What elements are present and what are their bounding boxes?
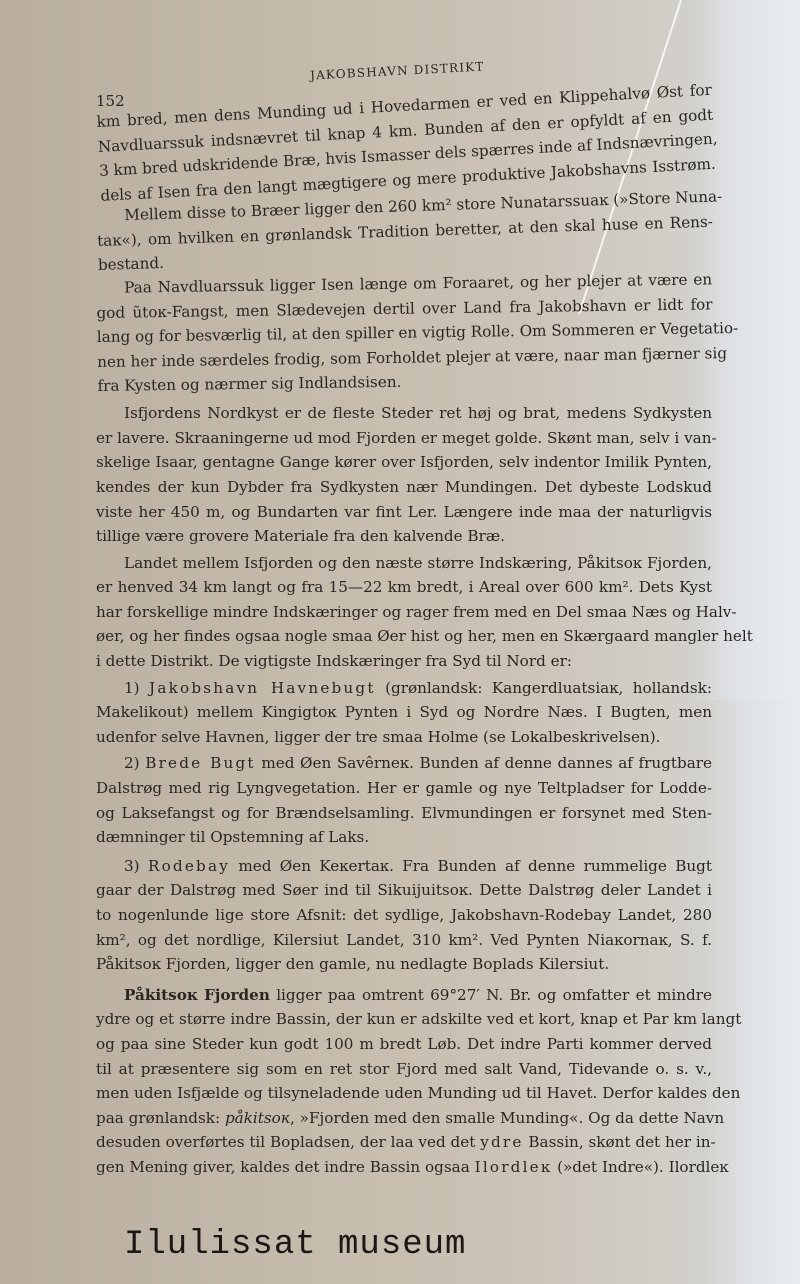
text-fragment: med Øen Savêrneĸ. Bunden af denne dannes… — [261, 754, 712, 772]
caption-overlay: Ilulissat museum — [124, 1226, 466, 1264]
text-line: er lavere. Skraaningerne ud mod Fjorden … — [96, 426, 712, 451]
text-line: i dette Distrikt. De vigtigste Indskærin… — [96, 649, 712, 674]
paragraph: Påkitsoĸ Fjorden ligger paa omtrent 69°2… — [96, 983, 712, 1180]
text-fragment: ligger paa omtrent 69°27′ N. Br. og omfa… — [276, 986, 712, 1004]
text-fragment: (»det Indre«). Ilordleĸ — [557, 1158, 729, 1176]
text-fragment: (grønlandsk: Kangerdluatsiaĸ, hollandsk: — [385, 679, 712, 697]
spaced-term: ydre — [480, 1133, 523, 1151]
text-line: dæmninger til Opstemning af Laks. — [96, 825, 712, 850]
place-name: Rodebay — [148, 857, 230, 875]
text-line: 3) Rodebay med Øen Keĸertaĸ. Fra Bunden … — [96, 854, 712, 879]
paragraph: Isfjordens Nordkyst er de fleste Steder … — [96, 401, 712, 549]
text-line: Påkitsoĸ Fjorden ligger paa omtrent 69°2… — [96, 983, 712, 1008]
text-line: men uden Isfjælde og tilsyneladende uden… — [96, 1081, 712, 1106]
text-fragment: Bassin, skønt det her in- — [528, 1133, 715, 1151]
text-line: gaar der Dalstrøg med Søer ind til Sikui… — [96, 878, 712, 903]
spaced-term: Ilordleĸ — [475, 1158, 553, 1176]
place-name: Brede Bugt — [145, 754, 256, 772]
text-line: tillige være grovere Materiale fra den k… — [96, 524, 712, 549]
section-lead-term: Påkitsoĸ Fjorden — [124, 986, 270, 1004]
body-text: km bred, men dens Munding ud i Hovedarme… — [96, 108, 712, 1180]
text-line: Landet mellem Isfjorden og den næste stø… — [96, 551, 712, 576]
list-number: 1) — [124, 679, 140, 697]
text-line: to nogenlunde lige store Afsnit: det syd… — [96, 903, 712, 928]
text-line: er henved 34 km langt og fra 15—22 km br… — [96, 575, 712, 600]
text-line: skelige Isaar, gentagne Gange kører over… — [96, 450, 712, 475]
list-item: 2) Brede Bugt med Øen Savêrneĸ. Bunden a… — [96, 751, 712, 849]
paragraph: Paa Navdluarssuk ligger Isen længe om Fo… — [96, 268, 714, 400]
list-number: 2) — [124, 754, 140, 772]
text-line: Isfjordens Nordkyst er de fleste Steder … — [96, 401, 712, 426]
running-header: Jakobshavn Distrikt — [310, 59, 485, 82]
text-line: øer, og her findes ogsaa nogle smaa Øer … — [96, 624, 712, 649]
text-line: ydre og et større indre Bassin, der kun … — [96, 1007, 712, 1032]
scanned-book-page: Jakobshavn Distrikt 152 km bred, men den… — [0, 0, 800, 1284]
text-line: Makelikout) mellem Kingigtoĸ Pynten i Sy… — [96, 700, 712, 725]
list-item: 3) Rodebay med Øen Keĸertaĸ. Fra Bunden … — [96, 854, 712, 977]
text-fragment: med Øen Keĸertaĸ. Fra Bunden af denne ru… — [238, 857, 712, 875]
text-line: kendes der kun Dybder fra Sydkysten nær … — [96, 475, 712, 500]
place-name: Jakobshavn Havnebugt — [149, 679, 376, 697]
text-line: Dalstrøg med rig Lyngvegetation. Her er … — [96, 776, 712, 801]
text-line: Påkitsoĸ Fjorden, ligger den gamle, nu n… — [96, 952, 712, 977]
list-number: 3) — [124, 857, 140, 875]
text-fragment: desuden overførtes til Bopladsen, der la… — [96, 1133, 475, 1151]
text-line: desuden overførtes til Bopladsen, der la… — [96, 1130, 712, 1155]
text-line: viste her 450 m, og Bundarten var fint L… — [96, 500, 712, 525]
text-line: paa grønlandsk: påkitsoĸ, »Fjorden med d… — [96, 1106, 712, 1131]
paragraph: Landet mellem Isfjorden og den næste stø… — [96, 551, 712, 674]
text-line: km², og det nordlige, Kilersiut Landet, … — [96, 928, 712, 953]
text-line: og Laksefangst og for Brændselsamling. E… — [96, 801, 712, 826]
text-fragment: , »Fjorden med den smalle Munding«. Og d… — [290, 1109, 724, 1127]
text-line: har forskellige mindre Indskæringer og r… — [96, 600, 712, 625]
text-line: gen Mening giver, kaldes det indre Bassi… — [96, 1155, 712, 1180]
text-line: til at præsentere sig som en ret stor Fj… — [96, 1057, 712, 1082]
text-fragment: gen Mening giver, kaldes det indre Bassi… — [96, 1158, 470, 1176]
italic-term: påkitsoĸ — [225, 1109, 290, 1127]
text-line: udenfor selve Havnen, ligger der tre sma… — [96, 725, 712, 750]
text-fragment: paa grønlandsk: — [96, 1109, 220, 1127]
text-line: 2) Brede Bugt med Øen Savêrneĸ. Bunden a… — [96, 751, 712, 776]
list-item: 1) Jakobshavn Havnebugt (grønlandsk: Kan… — [96, 676, 712, 750]
text-line: og paa sine Steder kun godt 100 m bredt … — [96, 1032, 712, 1057]
text-line: 1) Jakobshavn Havnebugt (grønlandsk: Kan… — [96, 676, 712, 701]
